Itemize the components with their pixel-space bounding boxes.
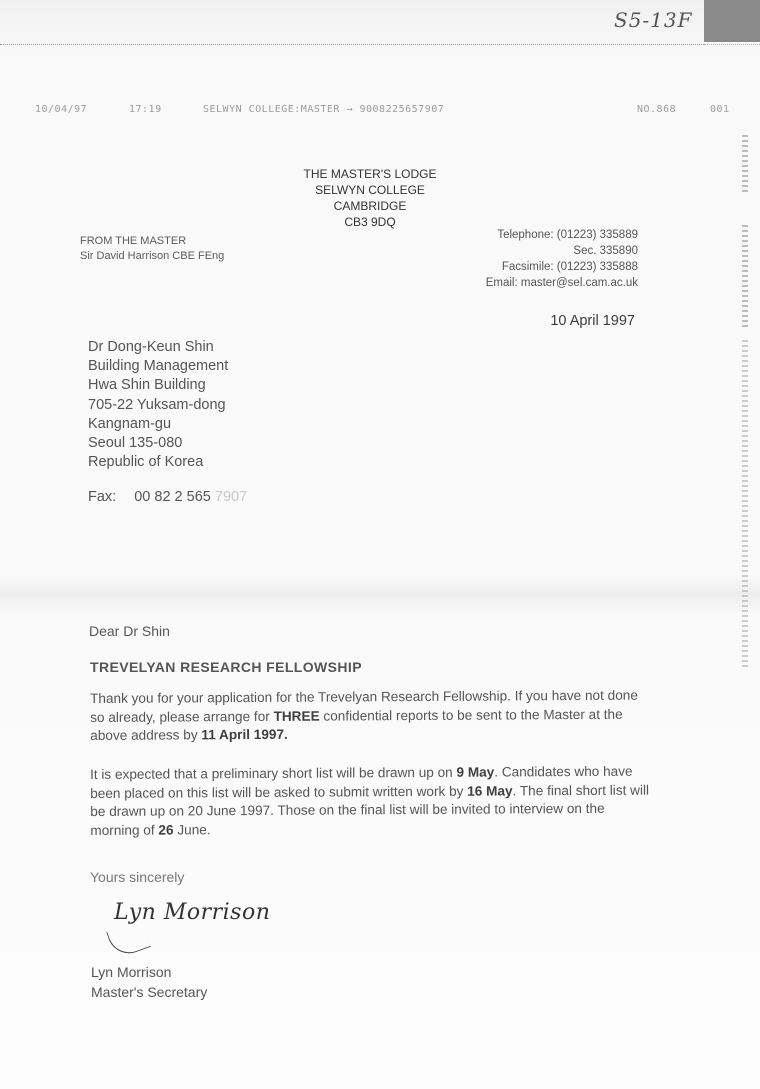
salutation: Dear Dr Shin (89, 623, 170, 639)
letter-date: 10 April 1997 (550, 313, 635, 329)
emphasis-date: 16 May (467, 783, 512, 798)
text-run: June. (173, 822, 210, 837)
recipient-line: 705-22 Yuksam-dong (88, 396, 228, 415)
fax-sender: SELWYN COLLEGE:MASTER → 9008225657907 (203, 104, 444, 115)
scan-edge-tab (704, 0, 760, 42)
emphasis-date: 26 (158, 822, 173, 837)
fax-time: 17:19 (129, 104, 162, 115)
fax-transmission-header: 10/04/97 17:19 SELWYN COLLEGE:MASTER → 9… (0, 104, 760, 118)
edge-tear-marks (742, 135, 748, 195)
edge-tear-marks (742, 225, 748, 330)
fax-label: Fax: (88, 489, 116, 505)
from-block: FROM THE MASTER Sir David Harrison CBE F… (80, 234, 224, 264)
perforation-line (0, 44, 704, 45)
perforation-line-right (704, 44, 760, 45)
signer-name: Lyn Morrison (91, 962, 207, 982)
letterhead-address: THE MASTER'S LODGE SELWYN COLLEGE CAMBRI… (270, 166, 470, 230)
fax-page: 001 (710, 104, 730, 115)
facsimile: Facsimile: (01223) 335888 (486, 259, 638, 275)
letterhead-line: THE MASTER'S LODGE (270, 166, 470, 182)
signer-block: Lyn Morrison Master's Secretary (91, 962, 207, 1002)
emphasis-date: 9 May (456, 765, 494, 780)
recipient-line: Kangnam-gu (88, 415, 228, 434)
contact-block: Telephone: (01223) 335889 Sec. 335890 Fa… (486, 227, 638, 291)
signer-title: Master's Secretary (91, 982, 207, 1002)
recipient-line: Dr Dong-Keun Shin (88, 338, 228, 357)
subject-heading: TREVELYAN RESEARCH FELLOWSHIP (90, 659, 362, 675)
fax-date: 10/04/97 (35, 104, 87, 115)
recipient-line: Building Management (88, 357, 228, 376)
handwritten-file-code: S5-13F (614, 8, 693, 32)
recipient-line: Seoul 135-080 (88, 434, 228, 453)
from-name: Sir David Harrison CBE FEng (80, 249, 224, 264)
fax-number-value: 00 82 2 565 (134, 489, 211, 505)
emphasis-three: THREE (273, 708, 319, 723)
recipient-line: Republic of Korea (88, 453, 228, 472)
letterhead-line: CAMBRIDGE (270, 198, 470, 214)
fax-document-page: S5-13F 10/04/97 17:19 SELWYN COLLEGE:MAS… (0, 0, 760, 1089)
text-run: It is expected that a preliminary short … (90, 765, 457, 782)
closing: Yours sincerely (90, 869, 184, 885)
fax-number: NO.868 (637, 104, 676, 115)
letterhead-line: CB3 9DQ (270, 214, 470, 230)
paper-fold-shadow (0, 575, 760, 615)
recipient-address: Dr Dong-Keun Shin Building Management Hw… (88, 338, 228, 472)
email: Email: master@sel.cam.ac.uk (486, 275, 638, 291)
telephone: Telephone: (01223) 335889 (486, 227, 638, 243)
recipient-fax: Fax: 00 82 2 565 7907 (88, 489, 247, 505)
handwritten-signature: Lyn Morrison (114, 900, 270, 925)
from-label: FROM THE MASTER (80, 234, 224, 249)
letterhead-line: SELWYN COLLEGE (270, 182, 470, 198)
secretary-phone: Sec. 335890 (486, 243, 638, 259)
body-paragraph-1: Thank you for your application for the T… (90, 687, 650, 746)
edge-tear-marks (742, 340, 748, 670)
fax-number-faded: 7907 (215, 489, 247, 505)
recipient-line: Hwa Shin Building (88, 376, 228, 395)
signature-flourish (106, 920, 151, 960)
emphasis-deadline: 11 April 1997. (201, 727, 287, 743)
body-paragraph-2: It is expected that a preliminary short … (90, 763, 650, 840)
